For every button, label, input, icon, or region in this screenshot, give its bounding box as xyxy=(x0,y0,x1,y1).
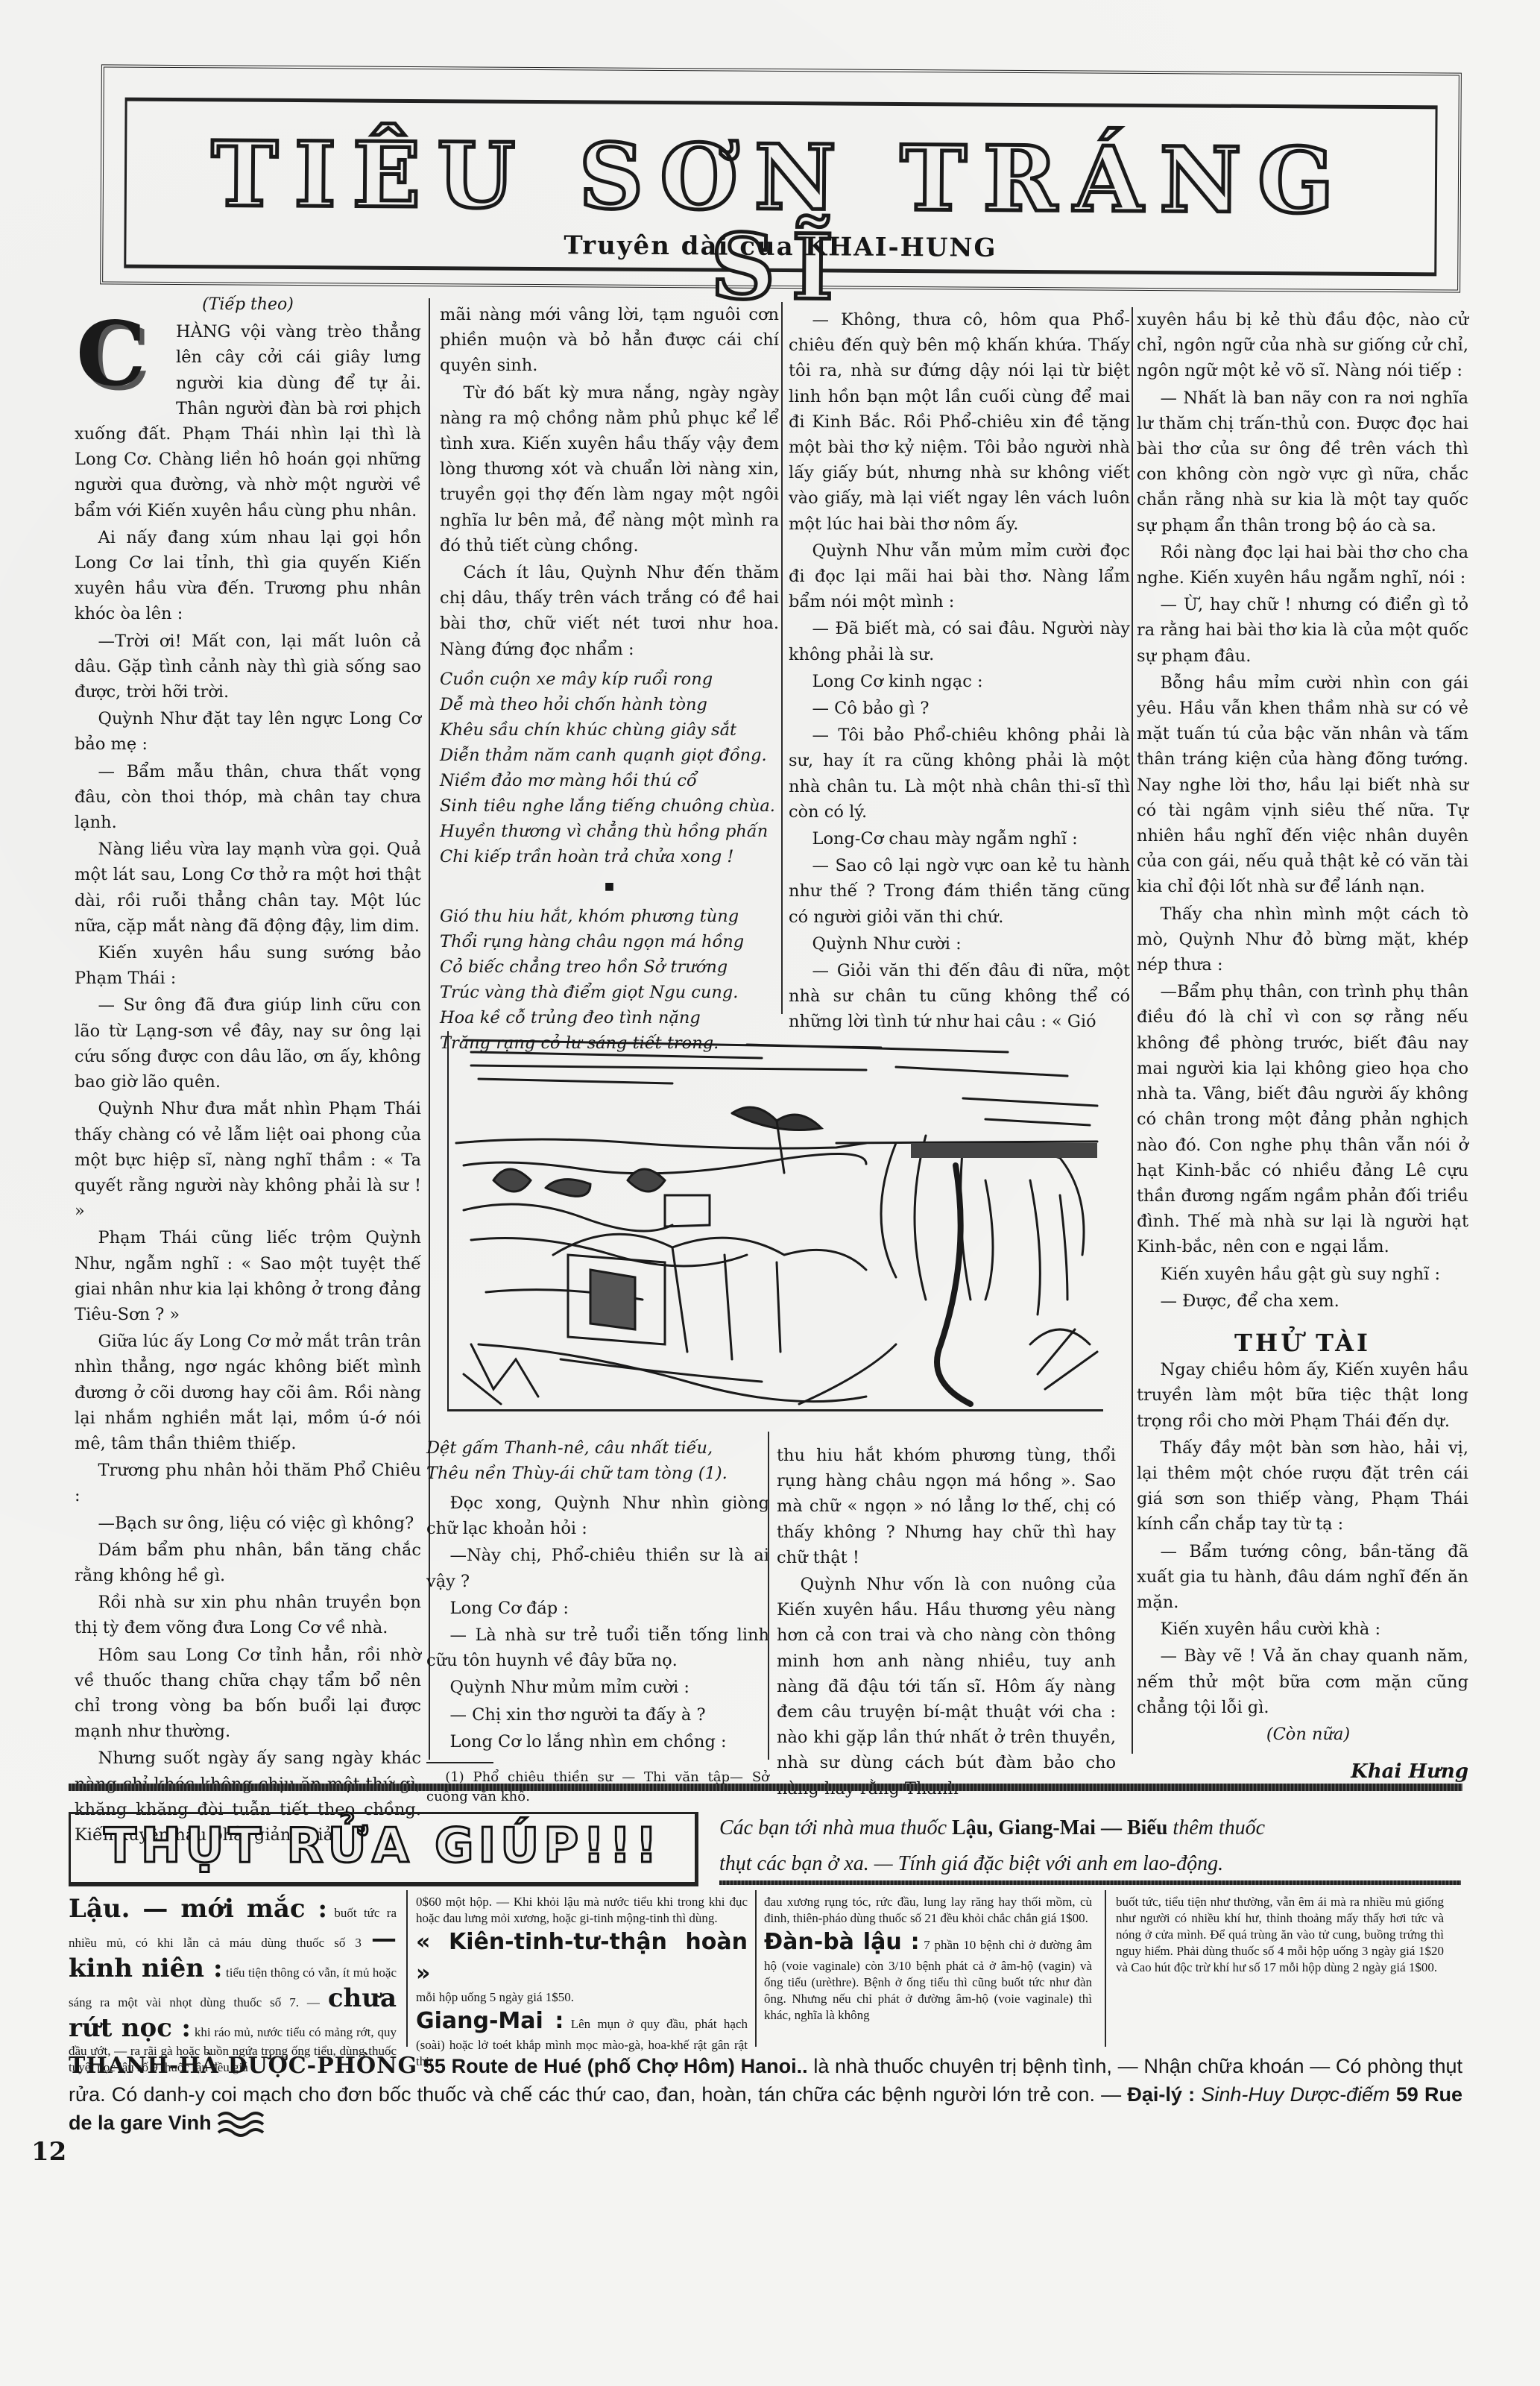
paragraph: — Cô bảo gì ? xyxy=(789,696,1130,721)
paragraph: — Sư ông đã đưa giúp linh cữu con lão từ… xyxy=(75,992,421,1095)
ad-text: buốt tức, tiểu tiện như thường, vẫn êm á… xyxy=(1116,1895,1444,1974)
ad-intro-text: thụt các bạn ở xa. — Tính giá đặc biệt v… xyxy=(719,1852,1223,1875)
column-2: mãi nàng mới vâng lời, tạm nguôi cơn phi… xyxy=(440,302,779,1060)
paragraph: Long Cơ đáp : xyxy=(426,1596,769,1621)
paragraph: Quỳnh Như vẫn mủm mỉm cười đọc đi đọc lạ… xyxy=(789,538,1130,615)
section-heading: THỬ TÀI xyxy=(1137,1330,1468,1356)
page-number: 12 xyxy=(31,2137,66,2167)
paragraph: Phạm Thái cũng liếc trộm Quỳnh Như, ngẫm… xyxy=(75,1225,421,1327)
paragraph: Rồi nhà sư xin phu nhân truyền bọn thị t… xyxy=(75,1590,421,1640)
paragraph: Giữa lúc ấy Long Cơ mở mắt trân trân nhì… xyxy=(75,1329,421,1456)
ad-intro: Các bạn tới nhà mua thuốc Lậu, Giang-Mai… xyxy=(719,1810,1465,1882)
author-signature: Khai Hưng xyxy=(1137,1759,1468,1784)
paragraph: — Chị xin thơ người ta đấy à ? xyxy=(426,1702,769,1728)
ad-intro-text: thêm thuốc xyxy=(1167,1816,1265,1839)
wave-ornament-icon xyxy=(217,2110,269,2138)
paragraph: mãi nàng mới vâng lời, tạm nguôi cơn phi… xyxy=(440,302,779,379)
ad-product-name: « Kiên-tinh-tư-thận hoàn » xyxy=(416,1929,748,1986)
paragraph: Nàng liều vừa lay mạnh vừa gọi. Quả một … xyxy=(75,837,421,939)
ad-column-4: buốt tức, tiểu tiện như thường, vẫn êm á… xyxy=(1116,1894,1444,1976)
paragraph: thu hiu hắt khóm phương tùng, thổi rụng … xyxy=(777,1443,1116,1570)
paragraph: xuyên hầu bị kẻ thù đầu độc, nào cử chỉ,… xyxy=(1137,307,1468,384)
column-2-bottom: Dệt gấm Thanh-nê, câu nhất tiếu, Thêu nề… xyxy=(426,1435,769,1808)
paragraph: — Là nhà sư trẻ tuổi tiễn tống linh cữu … xyxy=(426,1622,769,1673)
paragraph: —Bẩm phụ thân, con trình phụ thân điều đ… xyxy=(1137,979,1468,1259)
ad-intro-bold: Lậu, Giang-Mai — Biếu xyxy=(952,1816,1167,1839)
paragraph: Kiến xuyên hầu sung sướng bảo Phạm Thái … xyxy=(75,940,421,991)
paragraph: Long-Cơ chau mày ngẫm nghĩ : xyxy=(789,826,1130,852)
store-name: THANH-HÀ DƯỢC-PHÒNG xyxy=(69,2053,417,2079)
poem-line: Diễn thảm năm canh quạnh giọt đồng. xyxy=(440,743,779,768)
paragraph: —Này chị, Phổ-chiêu thiền sư là ai vậy ? xyxy=(426,1543,769,1593)
agent-name: Sinh-Huy Dược-điếm xyxy=(1195,2083,1389,2106)
poem-line: Dệt gấm Thanh-nê, câu nhất tiếu, xyxy=(426,1435,769,1461)
poem-line: Khêu sầu chín khúc chùng giây sắt xyxy=(440,717,779,743)
paragraph: — Bẩm tướng công, bần-tăng đã xuất gia t… xyxy=(1137,1539,1468,1616)
paragraph: Trương phu nhân hỏi thăm Phổ Chiêu : xyxy=(75,1458,421,1508)
ad-text: 0$60 một hộp. — Khi khỏi lậu mà nước tiể… xyxy=(416,1895,748,1925)
dropcap-letter: C xyxy=(76,310,146,398)
paragraph: Hôm sau Long Cơ tỉnh hẳn, rồi nhờ về thu… xyxy=(75,1643,421,1745)
paragraph: Quỳnh Như cười : xyxy=(789,931,1130,957)
paragraph: Từ đó bất kỳ mưa nắng, ngày ngày nàng ra… xyxy=(440,380,779,558)
paragraph: Quỳnh Như mủm mỉm cười : xyxy=(426,1675,769,1700)
paragraph: — Bẩm mẫu thân, chưa thất vọng đâu, còn … xyxy=(75,759,421,836)
paragraph: — Tôi bảo Phổ-chiêu không phải là sư, ha… xyxy=(789,723,1130,825)
ad-column-1: Lậu. — mới mắc : buốt tức ra nhiều mủ, c… xyxy=(69,1894,397,2076)
paragraph: Quỳnh Như đặt tay lên ngực Long Cơ bảo m… xyxy=(75,706,421,757)
paragraph: Thấy đầy một bàn sơn hào, hải vị, lại th… xyxy=(1137,1435,1468,1537)
paragraph: Ai nấy đang xúm nhau lại gọi hồn Long Cơ… xyxy=(75,525,421,627)
poem-line: Cuồn cuộn xe mây kíp ruổi rong xyxy=(440,667,779,692)
poem-line: Thêu nền Thùy-ái chữ tam tòng (1). xyxy=(426,1461,769,1486)
paragraph: —Bạch sư ông, liệu có việc gì không? xyxy=(75,1511,421,1536)
store-address: 55 Route de Hué (phố Chợ Hôm) Hanoi.. xyxy=(417,2055,807,2077)
paragraph: — Nhất là ban nãy con ra nơi nghĩa lư th… xyxy=(1137,385,1468,538)
paragraph: Ngay chiều hôm ấy, Kiến xuyên hầu truyền… xyxy=(1137,1357,1468,1434)
column-3: — Không, thưa cô, hôm qua Phổ-chiêu đến … xyxy=(789,307,1130,1036)
paragraph: — Không, thưa cô, hôm qua Phổ-chiêu đến … xyxy=(789,307,1130,537)
column-rule xyxy=(781,302,783,1014)
masthead-inner-frame: TIÊU SƠN TRÁNG SĨ Truyên dài cua KHAI-HU… xyxy=(124,98,1437,277)
poem-1: Cuồn cuộn xe mây kíp ruổi rong Dễ mà the… xyxy=(440,667,779,869)
paragraph: — Đã biết mà, có sai đâu. Người này khôn… xyxy=(789,616,1130,667)
poem-line: Thổi rụng hàng châu ngọn má hồng xyxy=(440,929,779,954)
ad-headline: THỤT RỬA GIÚP!!! xyxy=(71,1816,695,1877)
paragraph: — Sao cô lại ngờ vực oan kẻ tu hành như … xyxy=(789,853,1130,930)
ad-column-rule xyxy=(755,1890,757,2047)
ad-column-2: 0$60 một hộp. — Khi khỏi lậu mà nước tiể… xyxy=(416,1894,748,2070)
poem-line: Dễ mà theo hỏi chốn hành tòng xyxy=(440,692,779,717)
poem-line: Trúc vàng thà điểm giọt Ngu cung. xyxy=(440,980,779,1005)
paragraph: Long Cơ lo lắng nhìn em chồng : xyxy=(426,1729,769,1754)
ad-intro-text: Các bạn tới nhà mua thuốc xyxy=(719,1816,952,1839)
poem-separator-icon: ■ xyxy=(440,874,779,899)
agent-label: Đại-lý : xyxy=(1127,2083,1195,2106)
paragraph: Long Cơ kinh ngạc : xyxy=(789,669,1130,694)
ad-column-rule xyxy=(406,1890,408,2047)
paragraph: Dám bẩm phu nhân, bần tăng chắc rằng khô… xyxy=(75,1537,421,1588)
poem-line: Sinh tiêu nghe lắng tiếng chuông chùa. xyxy=(440,793,779,819)
poem-line: Hoa kề cỗ trủng đeo tình nặng xyxy=(440,1005,779,1030)
ad-text: đau xương rụng tóc, rức đầu, lung lay ră… xyxy=(764,1895,1092,1925)
column-3-bottom: thu hiu hắt khóm phương tùng, thổi rụng … xyxy=(777,1443,1116,1803)
poem-line: Niềm đảo mơ màng hồi thú cổ xyxy=(440,768,779,793)
woodcut-illustration xyxy=(447,1031,1103,1411)
ad-store-info: THANH-HÀ DƯỢC-PHÒNG 55 Route de Hué (phố… xyxy=(69,2052,1462,2138)
story-title: TIÊU SƠN TRÁNG SĨ xyxy=(126,130,1435,317)
landscape-drawing-icon xyxy=(449,1031,1105,1411)
ad-heading-giang-mai: Giang-Mai : xyxy=(416,2008,564,2034)
ad-intro-rule xyxy=(719,1880,1461,1885)
ad-headline-box: THỤT RỬA GIÚP!!! xyxy=(69,1812,698,1886)
paragraph: Quỳnh Như vốn là con nuông của Kiến xuyê… xyxy=(777,1572,1116,1801)
ad-column-rule xyxy=(1105,1890,1106,2047)
footnote-divider xyxy=(426,1762,493,1763)
poem-line: Cỏ biếc chẳng treo hồn Sở trướng xyxy=(440,954,779,980)
ad-column-3: đau xương rụng tóc, rức đầu, lung lay ră… xyxy=(764,1894,1092,2024)
paragraph: — Giỏi văn thi đến đâu đi nữa, một nhà s… xyxy=(789,958,1130,1035)
poem-line: Huyền thương vì chẳng thù hồng phấn xyxy=(440,819,779,844)
masthead-frame: TIÊU SƠN TRÁNG SĨ Truyên dài cua KHAI-HU… xyxy=(100,64,1462,292)
paragraph: Rồi nàng đọc lại hai bài thơ cho cha ngh… xyxy=(1137,540,1468,591)
ad-price: mỗi hộp uống 5 ngày giá 1$50. xyxy=(416,1990,574,2004)
paragraph: — Bày vẽ ! Vả ăn chay quanh năm, nếm thử… xyxy=(1137,1643,1468,1720)
paragraph: Kiến xuyên hầu cười khà : xyxy=(1137,1617,1468,1642)
paragraph: Đọc xong, Quỳnh Như nhìn giòng chữ lạc k… xyxy=(426,1491,769,1541)
poem-line: Gió thu hiu hắt, khóm phương tùng xyxy=(440,904,779,929)
paragraph: — Được, để cha xem. xyxy=(1137,1288,1468,1314)
poem-couplet: Dệt gấm Thanh-nê, câu nhất tiếu, Thêu nề… xyxy=(426,1435,769,1486)
ad-heading-dan-ba-lau: Đàn-bà lậu : xyxy=(764,1929,920,1955)
paragraph: Cách ít lâu, Quỳnh Như đến thăm chị dâu,… xyxy=(440,560,779,662)
paragraph: Bỗng hầu mỉm cười nhìn con gái yêu. Hầu … xyxy=(1137,670,1468,900)
dropcap-ornament: C xyxy=(75,324,164,406)
column-1: (Tiếp theo) C HÀNG vội vàng trèo thẳng l… xyxy=(75,292,421,1849)
paragraph: Kiến xuyên hầu gật gù suy nghĩ : xyxy=(1137,1262,1468,1287)
to-be-continued: (Còn nữa) xyxy=(1249,1722,1368,1747)
paragraph: —Trời ơi! Mất con, lại mất luôn cả dâu. … xyxy=(75,629,421,705)
column-rule xyxy=(1132,307,1133,1754)
newspaper-page: TIÊU SƠN TRÁNG SĨ Truyên dài cua KHAI-HU… xyxy=(0,0,1540,2386)
ad-heading-lau: Lậu. — mới mắc : xyxy=(69,1894,327,1924)
column-4: xuyên hầu bị kẻ thù đầu độc, nào cử chỉ,… xyxy=(1137,307,1468,1786)
paragraph: Thấy cha nhìn mình một cách tò mò, Quỳnh… xyxy=(1137,901,1468,978)
column-rule xyxy=(768,1432,769,1760)
paragraph: — Ừ, hay chữ ! nhưng có điển gì tỏ ra rằ… xyxy=(1137,592,1468,669)
ad-top-rule xyxy=(69,1784,1462,1791)
poem-line: Chi kiếp trần hoàn trả chửa xong ! xyxy=(440,844,779,869)
paragraph: Quỳnh Như đưa mắt nhìn Phạm Thái thấy ch… xyxy=(75,1096,421,1224)
